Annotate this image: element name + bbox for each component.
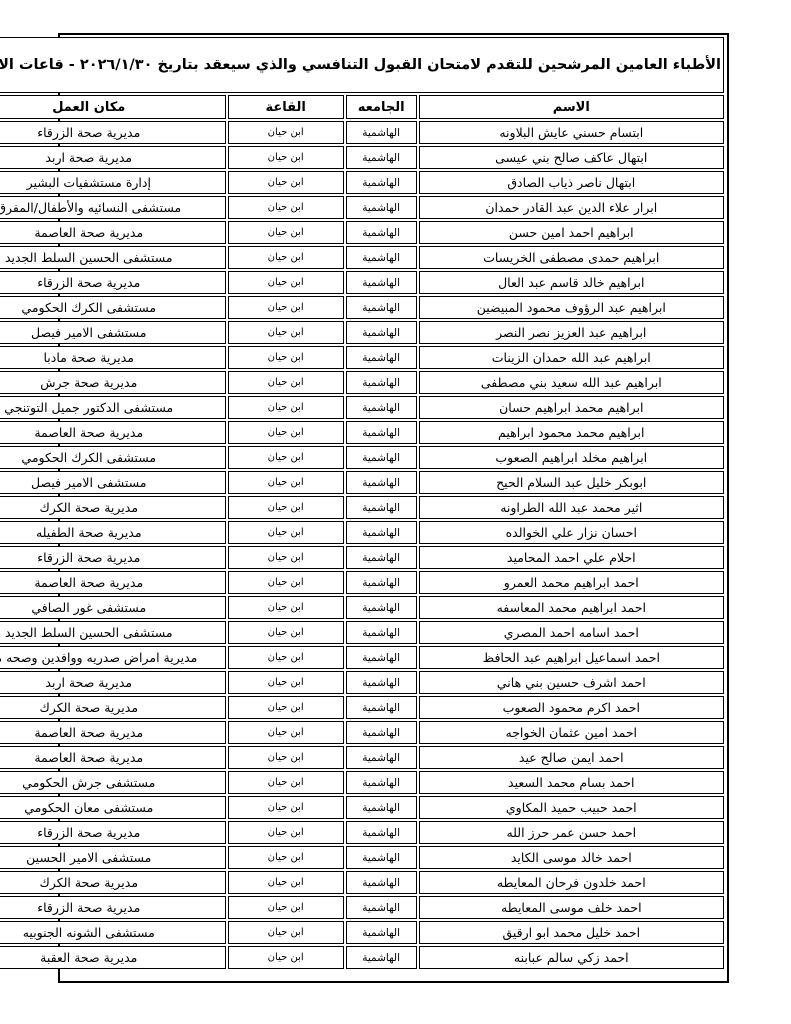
hall-cell: ابن حيان [228,221,344,244]
table-row: ابراهيم محمد ابراهيم حسان الهاشمية ابن ح… [0,396,724,419]
doctor-name-cell: احمد بسام محمد السعيد [419,771,724,794]
hall-cell: ابن حيان [228,271,344,294]
table-row: احمد ابراهيم محمد المعاسفه الهاشمية ابن … [0,596,724,619]
table-row: احمد امين عثمان الخواجه الهاشمية ابن حيا… [0,721,724,744]
table-row: ابراهيم عبد الله حمدان الزينات الهاشمية … [0,346,724,369]
table-row: احمد بسام محمد السعيد الهاشمية ابن حيان … [0,771,724,794]
doctor-name-cell: احمد زكي سالم عبابنه [419,946,724,969]
table-row: ابراهيم مخلد ابراهيم الصعوب الهاشمية ابن… [0,446,724,469]
university-cell: الهاشمية [346,371,417,394]
university-cell: الهاشمية [346,596,417,619]
university-cell: الهاشمية [346,821,417,844]
doctor-name-cell: ابراهيم عبد العزيز نصر النصر [419,321,724,344]
hall-cell: ابن حيان [228,321,344,344]
hall-cell: ابن حيان [228,646,344,669]
table-row: احمد حبيب حميد المكاوي الهاشمية ابن حيان… [0,796,724,819]
doctor-name-cell: احمد اسماعيل ابراهيم عبد الحافظ [419,646,724,669]
table-row: احمد زكي سالم عبابنه الهاشمية ابن حيان م… [0,946,724,969]
hall-cell: ابن حيان [228,846,344,869]
workplace-cell: مستشفى الحسين السلط الجديد [0,246,226,269]
exam-halls-table: الأطباء العامين المرشحين للتقدم لامتحان … [0,35,726,971]
doctor-name-cell: ابراهيم عبد الله حمدان الزينات [419,346,724,369]
workplace-cell: مديرية صحة الزرقاء [0,821,226,844]
table-row: ابراهيم محمد محمود ابراهيم الهاشمية ابن … [0,421,724,444]
hall-cell: ابن حيان [228,446,344,469]
workplace-cell: مستشفى الكرك الحكومي [0,446,226,469]
table-row: ابتهال عاكف صالح بني عيسى الهاشمية ابن ح… [0,146,724,169]
table-row: احمد اكرم محمود الصعوب الهاشمية ابن حيان… [0,696,724,719]
hall-cell: ابن حيان [228,196,344,219]
workplace-cell: مديرية صحة الكرك [0,696,226,719]
workplace-cell: مستشفى الدكتور جميل التوتنجي [0,396,226,419]
doctor-name-cell: ابراهيم عبد الرؤوف محمود المبيضين [419,296,724,319]
hall-cell: ابن حيان [228,621,344,644]
doctor-name-cell: احلام علي احمد المحاميد [419,546,724,569]
university-cell: الهاشمية [346,471,417,494]
exam-table-frame: الأطباء العامين المرشحين للتقدم لامتحان … [58,33,729,983]
hall-cell: ابن حيان [228,571,344,594]
hall-cell: ابن حيان [228,821,344,844]
workplace-cell: مستشفى جرش الحكومي [0,771,226,794]
header-row: الاسم الجامعه القاعة مكان العمل [0,95,724,119]
university-cell: الهاشمية [346,346,417,369]
workplace-cell: مديرية امراض صدريه ووافدين وصحه مهن [0,646,226,669]
doctor-name-cell: احمد خالد موسى الكايد [419,846,724,869]
table-row: ابرار علاء الدين عبد القادر حمدان الهاشم… [0,196,724,219]
hall-cell: ابن حيان [228,421,344,444]
column-header-workplace: مكان العمل [0,95,226,119]
university-cell: الهاشمية [346,746,417,769]
university-cell: الهاشمية [346,121,417,144]
doctor-name-cell: احمد امين عثمان الخواجه [419,721,724,744]
university-cell: الهاشمية [346,621,417,644]
workplace-cell: مديرية صحة اربد [0,671,226,694]
doctor-name-cell: احمد اسامه احمد المصري [419,621,724,644]
workplace-cell: مديرية صحة الزرقاء [0,546,226,569]
table-row: ابراهيم خالد قاسم عبد العال الهاشمية ابن… [0,271,724,294]
workplace-cell: مديرية صحة الزرقاء [0,271,226,294]
doctor-name-cell: ابراهيم محمد ابراهيم حسان [419,396,724,419]
table-row: احمد خالد موسى الكايد الهاشمية ابن حيان … [0,846,724,869]
workplace-cell: مديرية صحة العقبة [0,946,226,969]
doctor-name-cell: احمد ابراهيم محمد العمرو [419,571,724,594]
hall-cell: ابن حيان [228,721,344,744]
workplace-cell: مديرية صحة جرش [0,371,226,394]
workplace-cell: مديرية صحة الكرك [0,496,226,519]
column-header-university: الجامعه [346,95,417,119]
workplace-cell: مستشفى النسائيه والأطفال/المفرق [0,196,226,219]
table-body: ابتسام حسني عايش البلاونه الهاشمية ابن ح… [0,121,724,969]
hall-cell: ابن حيان [228,946,344,969]
workplace-cell: مديرية صحة اربد [0,146,226,169]
university-cell: الهاشمية [346,671,417,694]
table-row: احمد اشرف حسين بني هاني الهاشمية ابن حيا… [0,671,724,694]
workplace-cell: مستشفى الشونه الجنوبيه [0,921,226,944]
table-row: ابتسام حسني عايش البلاونه الهاشمية ابن ح… [0,121,724,144]
university-cell: الهاشمية [346,421,417,444]
hall-cell: ابن حيان [228,871,344,894]
hall-cell: ابن حيان [228,521,344,544]
university-cell: الهاشمية [346,271,417,294]
table-row: احمد حسن عمر حرز الله الهاشمية ابن حيان … [0,821,724,844]
column-header-hall: القاعة [228,95,344,119]
hall-cell: ابن حيان [228,246,344,269]
workplace-cell: مستشفى الامير الحسين [0,846,226,869]
doctor-name-cell: ابتسام حسني عايش البلاونه [419,121,724,144]
university-cell: الهاشمية [346,646,417,669]
hall-cell: ابن حيان [228,746,344,769]
doctor-name-cell: اثير محمد عبد الله الطراونه [419,496,724,519]
table-row: احسان نزار علي الخوالده الهاشمية ابن حيا… [0,521,724,544]
doctor-name-cell: ابراهيم محمد محمود ابراهيم [419,421,724,444]
hall-cell: ابن حيان [228,921,344,944]
hall-cell: ابن حيان [228,121,344,144]
university-cell: الهاشمية [346,396,417,419]
table-row: ابراهيم عبد العزيز نصر النصر الهاشمية اب… [0,321,724,344]
workplace-cell: مستشفى معان الحكومي [0,796,226,819]
hall-cell: ابن حيان [228,171,344,194]
hall-cell: ابن حيان [228,546,344,569]
table-row: احمد اسامه احمد المصري الهاشمية ابن حيان… [0,621,724,644]
university-cell: الهاشمية [346,946,417,969]
university-cell: الهاشمية [346,196,417,219]
university-cell: الهاشمية [346,546,417,569]
doctor-name-cell: احمد خلدون فرحان المعايطه [419,871,724,894]
workplace-cell: مستشفى الكرك الحكومي [0,296,226,319]
university-cell: الهاشمية [346,246,417,269]
university-cell: الهاشمية [346,521,417,544]
university-cell: الهاشمية [346,771,417,794]
title-row: الأطباء العامين المرشحين للتقدم لامتحان … [0,37,724,93]
university-cell: الهاشمية [346,696,417,719]
hall-cell: ابن حيان [228,671,344,694]
workplace-cell: مستشفى الامير فيصل [0,471,226,494]
hall-cell: ابن حيان [228,471,344,494]
workplace-cell: مديرية صحة العاصمة [0,421,226,444]
doctor-name-cell: احمد خلف موسى المعايطه [419,896,724,919]
workplace-cell: مديرية صحة العاصمة [0,571,226,594]
table-row: احمد خليل محمد ابو ارقيق الهاشمية ابن حي… [0,921,724,944]
doctor-name-cell: ابراهيم حمدى مصطفى الخريسات [419,246,724,269]
workplace-cell: مستشفى غور الصافي [0,596,226,619]
university-cell: الهاشمية [346,171,417,194]
hall-cell: ابن حيان [228,596,344,619]
hall-cell: ابن حيان [228,146,344,169]
doctor-name-cell: احمد ايمن صالح عيد [419,746,724,769]
university-cell: الهاشمية [346,296,417,319]
doctor-name-cell: ابرار علاء الدين عبد القادر حمدان [419,196,724,219]
table-row: ابراهيم احمد امين حسن الهاشمية ابن حيان … [0,221,724,244]
workplace-cell: مديرية صحة العاصمة [0,721,226,744]
university-cell: الهاشمية [346,921,417,944]
doctor-name-cell: احمد اكرم محمود الصعوب [419,696,724,719]
university-cell: الهاشمية [346,446,417,469]
table-row: اثير محمد عبد الله الطراونه الهاشمية ابن… [0,496,724,519]
table-row: احمد ابراهيم محمد العمرو الهاشمية ابن حي… [0,571,724,594]
table-row: ابتهال ناصر ذياب الصادق الهاشمية ابن حيا… [0,171,724,194]
doctor-name-cell: ابتهال عاكف صالح بني عيسى [419,146,724,169]
doctor-name-cell: احمد ابراهيم محمد المعاسفه [419,596,724,619]
workplace-cell: إدارة مستشفيات البشير [0,171,226,194]
doctor-name-cell: ابراهيم خالد قاسم عبد العال [419,271,724,294]
table-row: ابراهيم عبد الله سعيد بني مصطفى الهاشمية… [0,371,724,394]
doctor-name-cell: ابتهال ناصر ذياب الصادق [419,171,724,194]
workplace-cell: مديرية صحة الطفيله [0,521,226,544]
hall-cell: ابن حيان [228,346,344,369]
university-cell: الهاشمية [346,221,417,244]
table-row: احمد ايمن صالح عيد الهاشمية ابن حيان مدي… [0,746,724,769]
university-cell: الهاشمية [346,871,417,894]
table-row: احمد خلدون فرحان المعايطه الهاشمية ابن ح… [0,871,724,894]
table-row: احمد اسماعيل ابراهيم عبد الحافظ الهاشمية… [0,646,724,669]
workplace-cell: مديرية صحة مادبا [0,346,226,369]
table-row: احمد خلف موسى المعايطه الهاشمية ابن حيان… [0,896,724,919]
table-row: ابراهيم حمدى مصطفى الخريسات الهاشمية ابن… [0,246,724,269]
university-cell: الهاشمية [346,896,417,919]
table-row: ابراهيم عبد الرؤوف محمود المبيضين الهاشم… [0,296,724,319]
table-row: ابوبكر خليل عبد السلام الحيح الهاشمية اب… [0,471,724,494]
hall-cell: ابن حيان [228,796,344,819]
hall-cell: ابن حيان [228,496,344,519]
column-header-name: الاسم [419,95,724,119]
doctor-name-cell: ابوبكر خليل عبد السلام الحيح [419,471,724,494]
university-cell: الهاشمية [346,721,417,744]
workplace-cell: مستشفى الامير فيصل [0,321,226,344]
doctor-name-cell: احمد حبيب حميد المكاوي [419,796,724,819]
university-cell: الهاشمية [346,571,417,594]
hall-cell: ابن حيان [228,696,344,719]
university-cell: الهاشمية [346,796,417,819]
doctor-name-cell: ابراهيم عبد الله سعيد بني مصطفى [419,371,724,394]
doctor-name-cell: ابراهيم احمد امين حسن [419,221,724,244]
table-row: احلام علي احمد المحاميد الهاشمية ابن حيا… [0,546,724,569]
doctor-name-cell: احمد اشرف حسين بني هاني [419,671,724,694]
workplace-cell: مديرية صحة الكرك [0,871,226,894]
workplace-cell: مديرية صحة العاصمة [0,221,226,244]
university-cell: الهاشمية [346,496,417,519]
doctor-name-cell: احمد حسن عمر حرز الله [419,821,724,844]
doctor-name-cell: احسان نزار علي الخوالده [419,521,724,544]
workplace-cell: مديرية صحة العاصمة [0,746,226,769]
hall-cell: ابن حيان [228,371,344,394]
workplace-cell: مستشفى الحسين السلط الجديد [0,621,226,644]
hall-cell: ابن حيان [228,296,344,319]
workplace-cell: مديرية صحة الزرقاء [0,121,226,144]
university-cell: الهاشمية [346,146,417,169]
table-title: الأطباء العامين المرشحين للتقدم لامتحان … [0,37,724,93]
hall-cell: ابن حيان [228,771,344,794]
hall-cell: ابن حيان [228,896,344,919]
document-page: الأطباء العامين المرشحين للتقدم لامتحان … [0,0,791,1024]
doctor-name-cell: ابراهيم مخلد ابراهيم الصعوب [419,446,724,469]
university-cell: الهاشمية [346,321,417,344]
workplace-cell: مديرية صحة الزرقاء [0,896,226,919]
hall-cell: ابن حيان [228,396,344,419]
doctor-name-cell: احمد خليل محمد ابو ارقيق [419,921,724,944]
university-cell: الهاشمية [346,846,417,869]
